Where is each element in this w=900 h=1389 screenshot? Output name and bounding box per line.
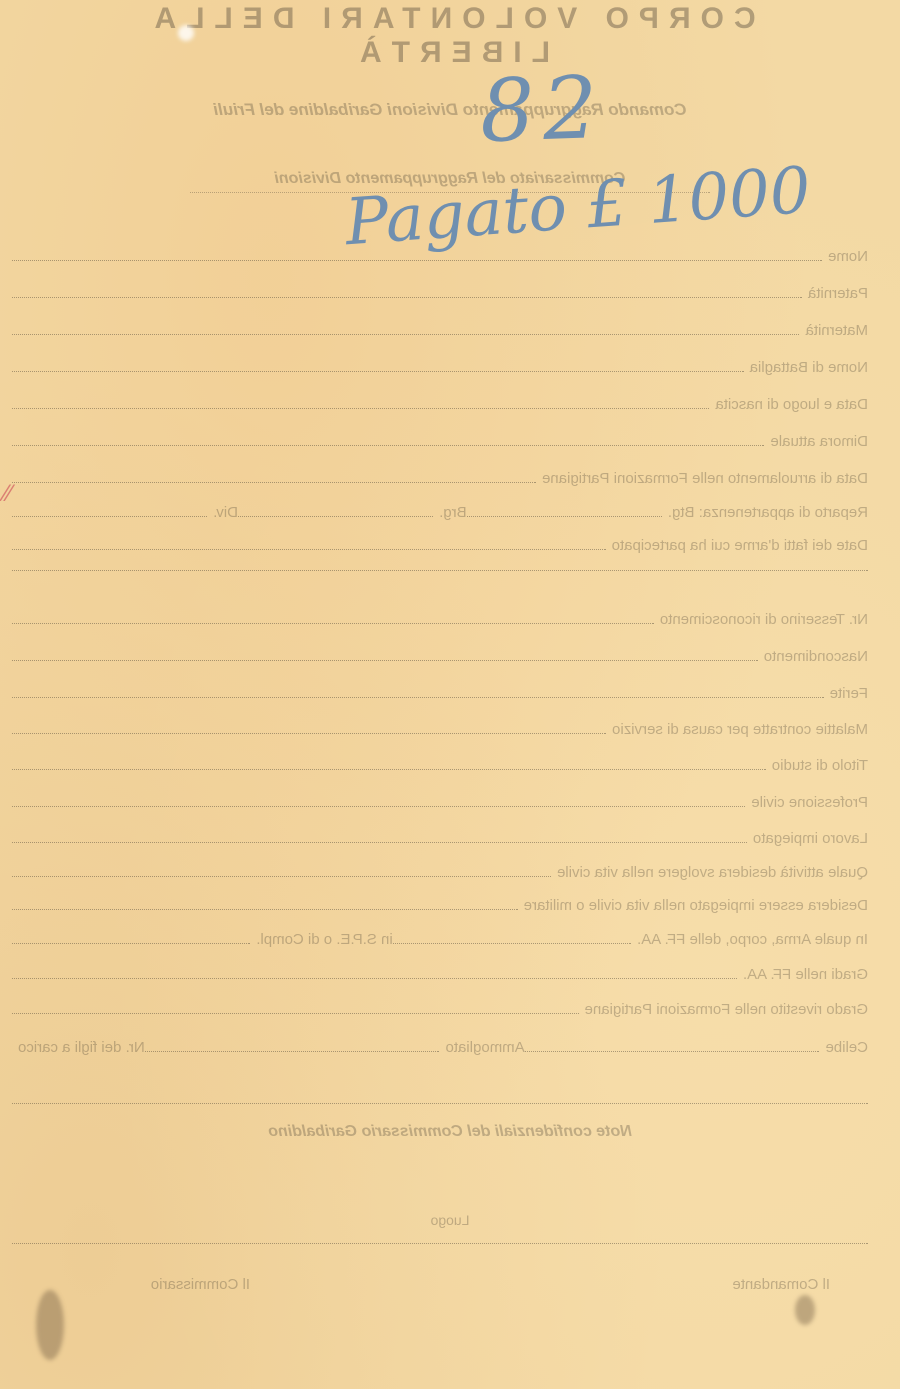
document-sheet: CORPO VOLONTARI DELLA LIBERTÀ Comando Ra… [0,0,900,1389]
field-row: Nr. Tesserino di riconoscimento [12,606,868,628]
form-header-subtitle: Comando Raggruppamento Divisioni Garibal… [90,100,810,120]
field-row: Nome di Battaglia [12,354,868,376]
form-header-title: CORPO VOLONTARI DELLA LIBERTÀ [40,2,860,70]
field-row: Date dei fatti d'arme cui ha partecipato [12,532,868,554]
signature-right: Il Commissario [151,1276,250,1293]
field-row: Titolo di studio [12,752,868,774]
field-row: CelibeAmmogliatoNr. dei figli a carico [12,1034,868,1056]
field-row: Lavoro impiegato [12,825,868,847]
blank-line [12,1103,868,1104]
field-row: Grado rivestito nelle Formazioni Partigi… [12,996,868,1018]
paper-hole [178,25,194,41]
blank-line [12,1243,868,1244]
field-row: Quale attività desidera svolgere nella v… [12,859,868,881]
field-row: Dimora attuale [12,428,868,450]
ink-smudge [36,1290,64,1360]
field-row: Desidera essere impiegato nella vita civ… [12,892,868,914]
handwritten-number: 82 [478,58,607,162]
red-pencil-mark: ⁄⁄ [4,480,34,590]
field-row: Data e luogo di nascita [12,391,868,413]
ink-smudge [795,1295,815,1325]
field-row: Professione civile [12,789,868,811]
field-row: Gradi nelle FF. AA. [12,961,868,983]
field-row: Ferite [12,680,868,702]
field-row: Reparto di appartenenza: Btg.Brg.Div. [12,499,868,521]
field-row: In quale Arma, corpo, delle FF. AA.in S.… [12,926,868,948]
field-row: Paternità [12,280,868,302]
field-row: Data di arruolamento nelle Formazioni Pa… [12,465,868,487]
place-label: Luogo [380,1212,520,1228]
field-row: Maternità [12,317,868,339]
field-row: Nascondimento [12,643,868,665]
blank-line [12,570,868,571]
note-title: Note confidenziali del Commissario Garib… [190,1123,710,1141]
signature-left: Il Comandante [732,1276,830,1293]
field-row: Malattie contratte per causa di servizio [12,716,868,738]
